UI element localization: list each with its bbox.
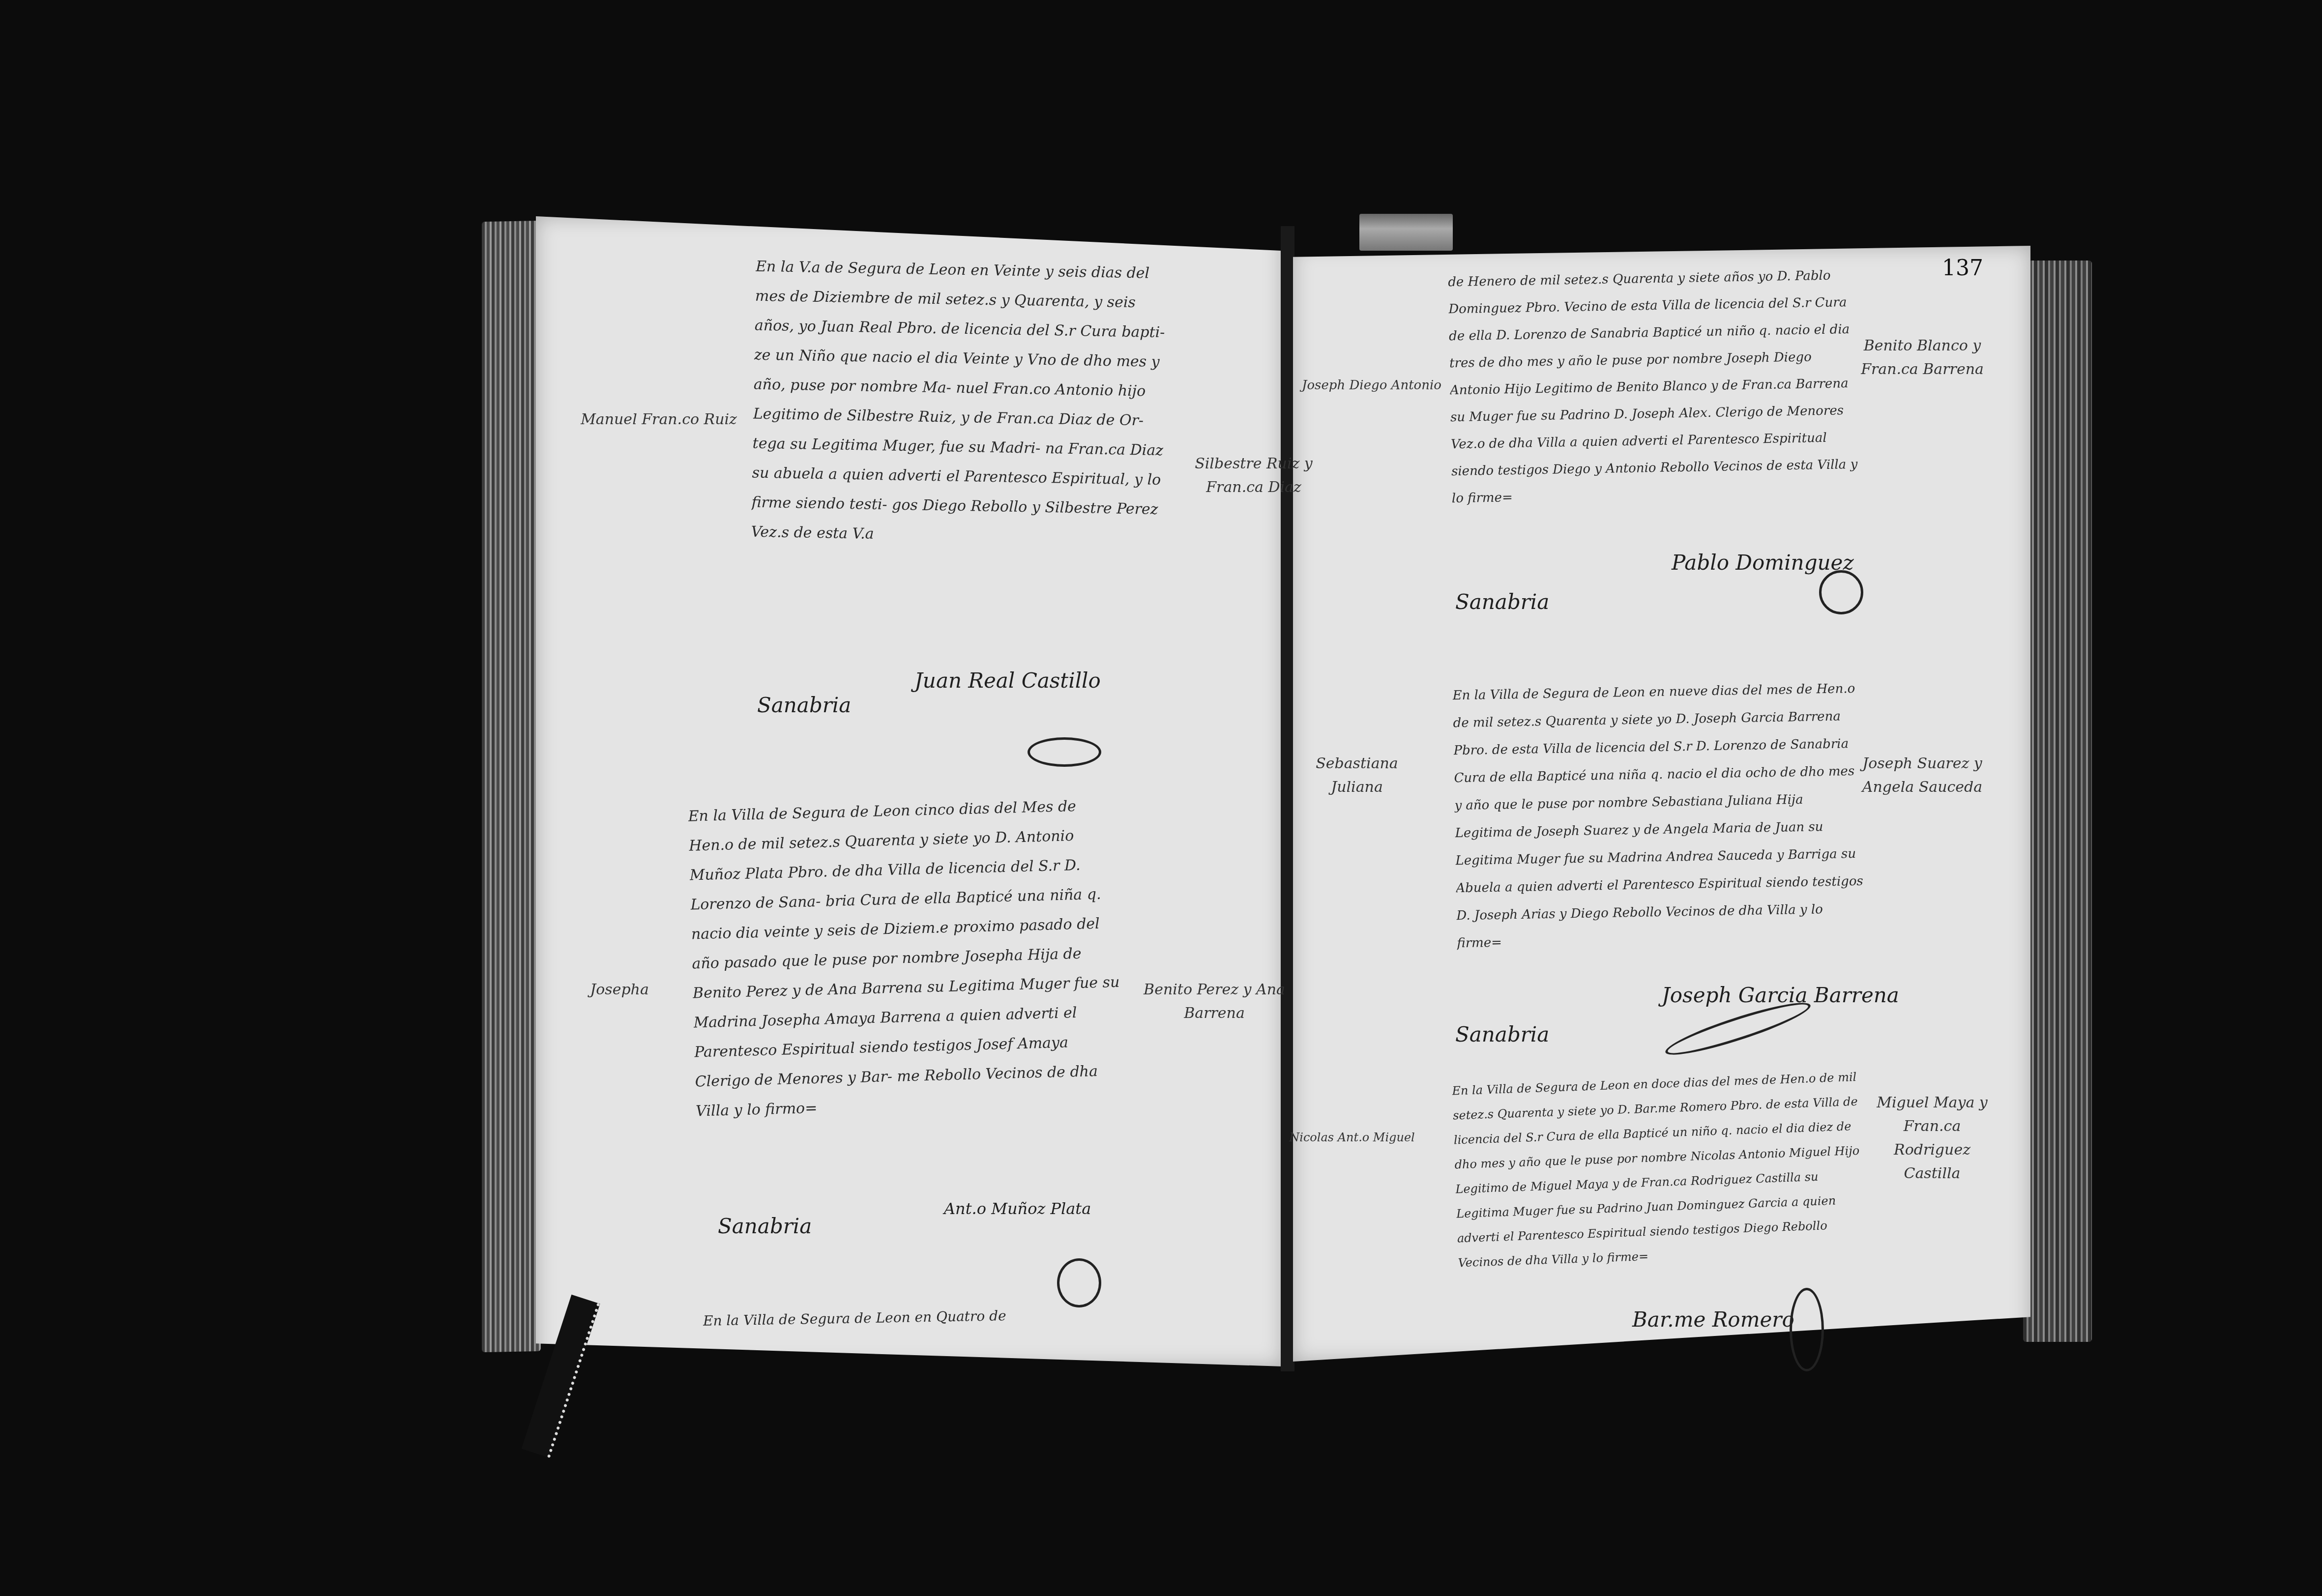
rubric-flourish	[1790, 1288, 1824, 1371]
signature: Bar.me Romero	[1632, 1307, 1794, 1332]
entry-margin-name: Nicolas Ant.o Miguel	[1278, 1126, 1426, 1149]
book-gutter	[1281, 226, 1294, 1371]
signature: Ant.o Muñoz Plata	[944, 1199, 1091, 1218]
entry-godparents-margin: Miguel Maya y Fran.ca Rodriguez Castilla	[1868, 1091, 1996, 1186]
signature: Sanabria	[1455, 590, 1549, 614]
entry-text: En la V.a de Segura de Leon en Veinte y …	[749, 252, 1174, 682]
entry-text: En la Villa de Segura de Leon cinco dias…	[688, 791, 1131, 1225]
entry-text: de Henero de mil setez.s Quarenta y siet…	[1448, 262, 1861, 564]
entry-margin-name: Manuel Fran.co Ruiz	[580, 408, 737, 432]
signature: Juan Real Castillo	[914, 668, 1101, 693]
signature: Sanabria	[757, 693, 851, 717]
right-page-edges	[2023, 261, 2092, 1342]
signature: Pablo Dominguez	[1672, 551, 1854, 575]
entry-godparents-margin: Silbestre Ruiz y Fran.ca Diaz	[1190, 452, 1318, 499]
rubric-flourish	[1819, 570, 1863, 614]
entry-godparents-margin: Benito Blanco y Fran.ca Barrena	[1858, 334, 1986, 381]
left-page-edges	[482, 221, 541, 1352]
signature: Sanabria	[718, 1214, 812, 1238]
rubric-flourish	[1028, 737, 1101, 767]
entry-godparents-margin: Joseph Suarez y Angela Sauceda	[1858, 752, 1986, 799]
entry-margin-name: Sebastiana Juliana	[1298, 752, 1416, 799]
signature: Joseph Garcia Barrena	[1662, 983, 1899, 1007]
entry-godparents-margin: Benito Perez y Ana Barrena	[1141, 978, 1288, 1025]
entry-margin-name: Joseph Diego Antonio	[1298, 374, 1445, 397]
bookmark-tab	[1359, 214, 1453, 251]
entry-text: En la Villa de Segura de Leon en nueve d…	[1452, 675, 1866, 1016]
signature: Sanabria	[1455, 1022, 1549, 1046]
entry-margin-name: Josepha	[560, 978, 678, 1002]
folio-number: 137	[1942, 256, 1983, 281]
entry-text: En la Villa de Segura de Leon en doce di…	[1452, 1065, 1867, 1295]
